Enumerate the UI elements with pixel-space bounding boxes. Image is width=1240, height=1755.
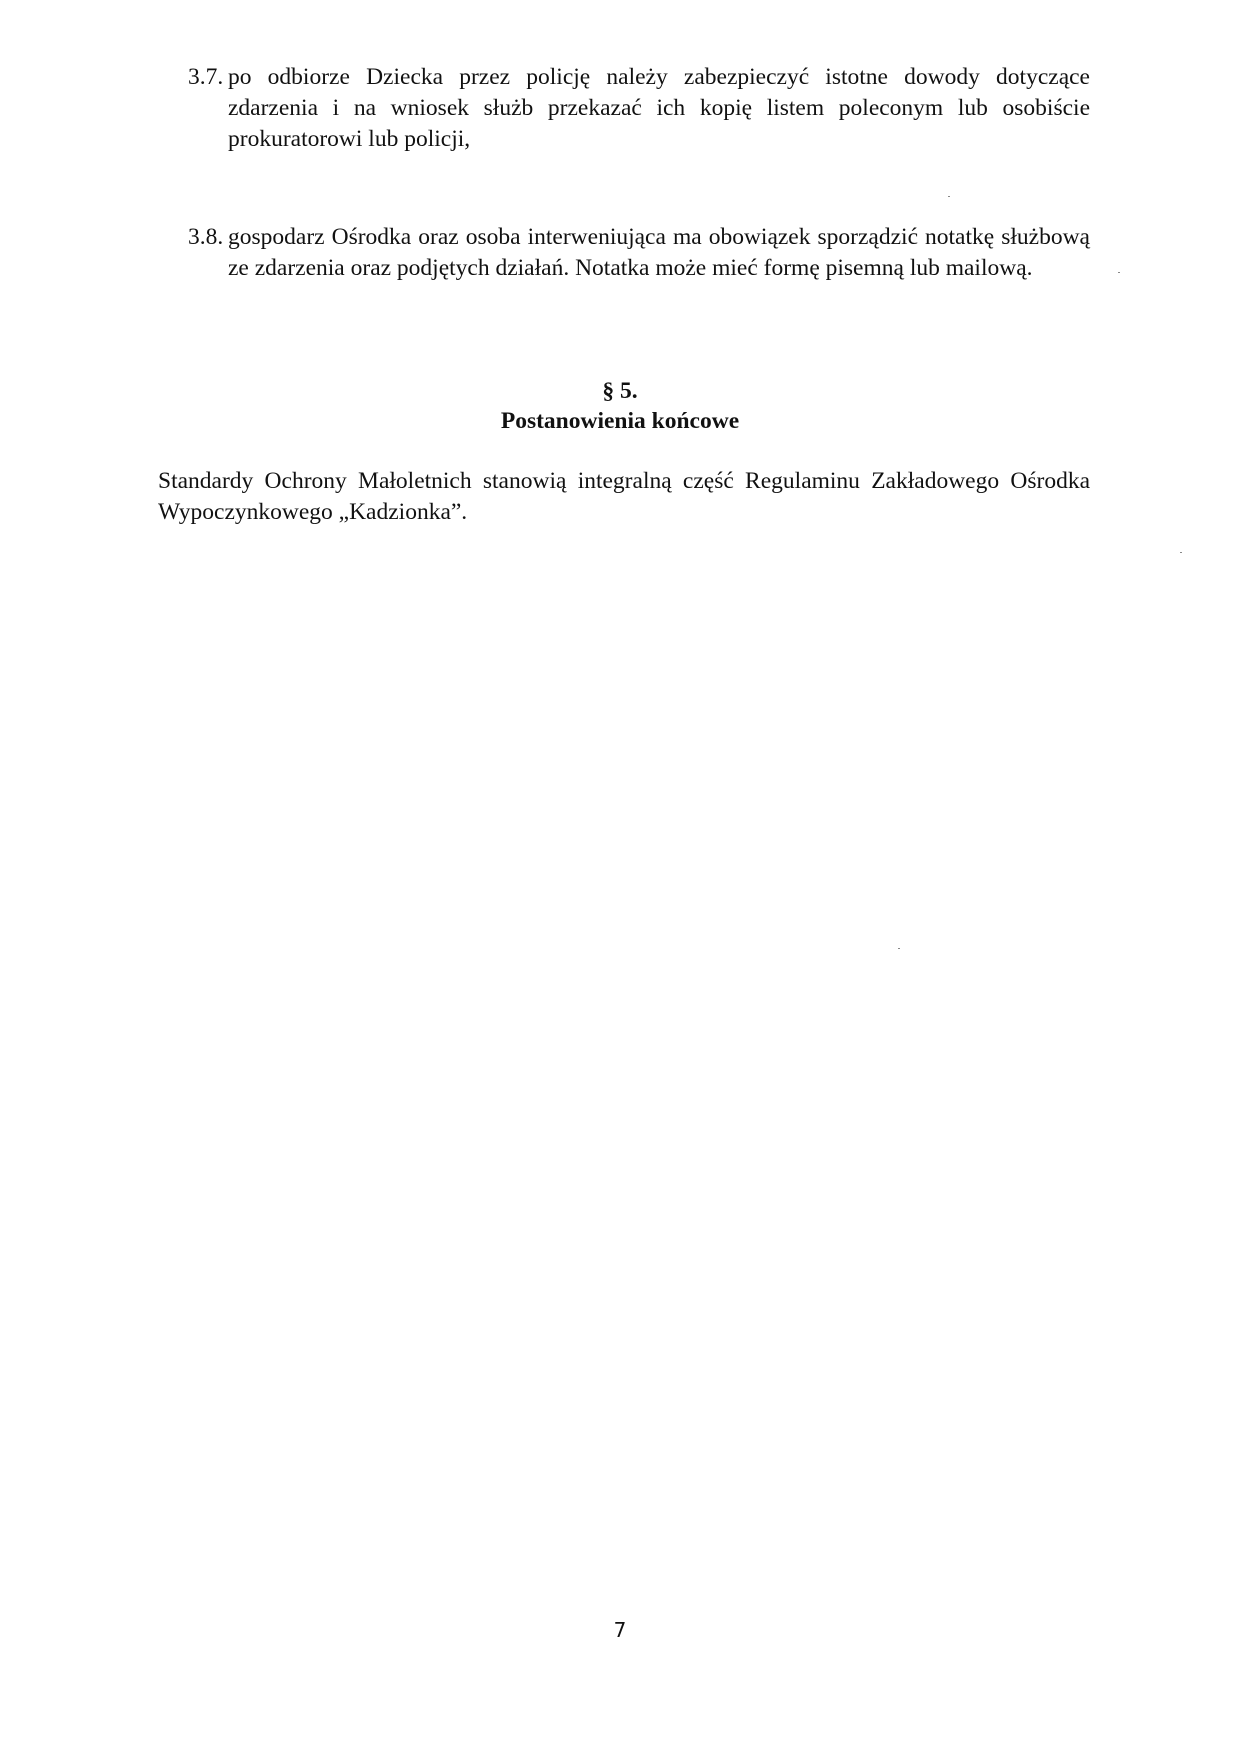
page-number: 7 (0, 1618, 1240, 1642)
list-item-3-8: 3.8. gospodarz Ośrodka oraz osoba interw… (188, 222, 1090, 284)
list-item-3-7: 3.7. po odbiorze Dziecka przez policję n… (188, 62, 1090, 155)
section-title: Postanowienia końcowe (0, 406, 1240, 436)
item-number: 3.7. (188, 62, 228, 93)
item-text: gospodarz Ośrodka oraz osoba interweniuj… (228, 222, 1090, 284)
item-number: 3.8. (188, 222, 228, 253)
scan-artifact (948, 196, 950, 197)
section-number: § 5. (0, 376, 1240, 406)
document-page: 3.7. po odbiorze Dziecka przez policję n… (0, 0, 1240, 1755)
item-text: po odbiorze Dziecka przez policję należy… (228, 62, 1090, 155)
scan-artifact (898, 948, 900, 949)
scan-artifact (1180, 552, 1182, 553)
final-provisions-paragraph: Standardy Ochrony Małoletnich stanowią i… (158, 466, 1090, 528)
scan-artifact (1118, 272, 1120, 273)
